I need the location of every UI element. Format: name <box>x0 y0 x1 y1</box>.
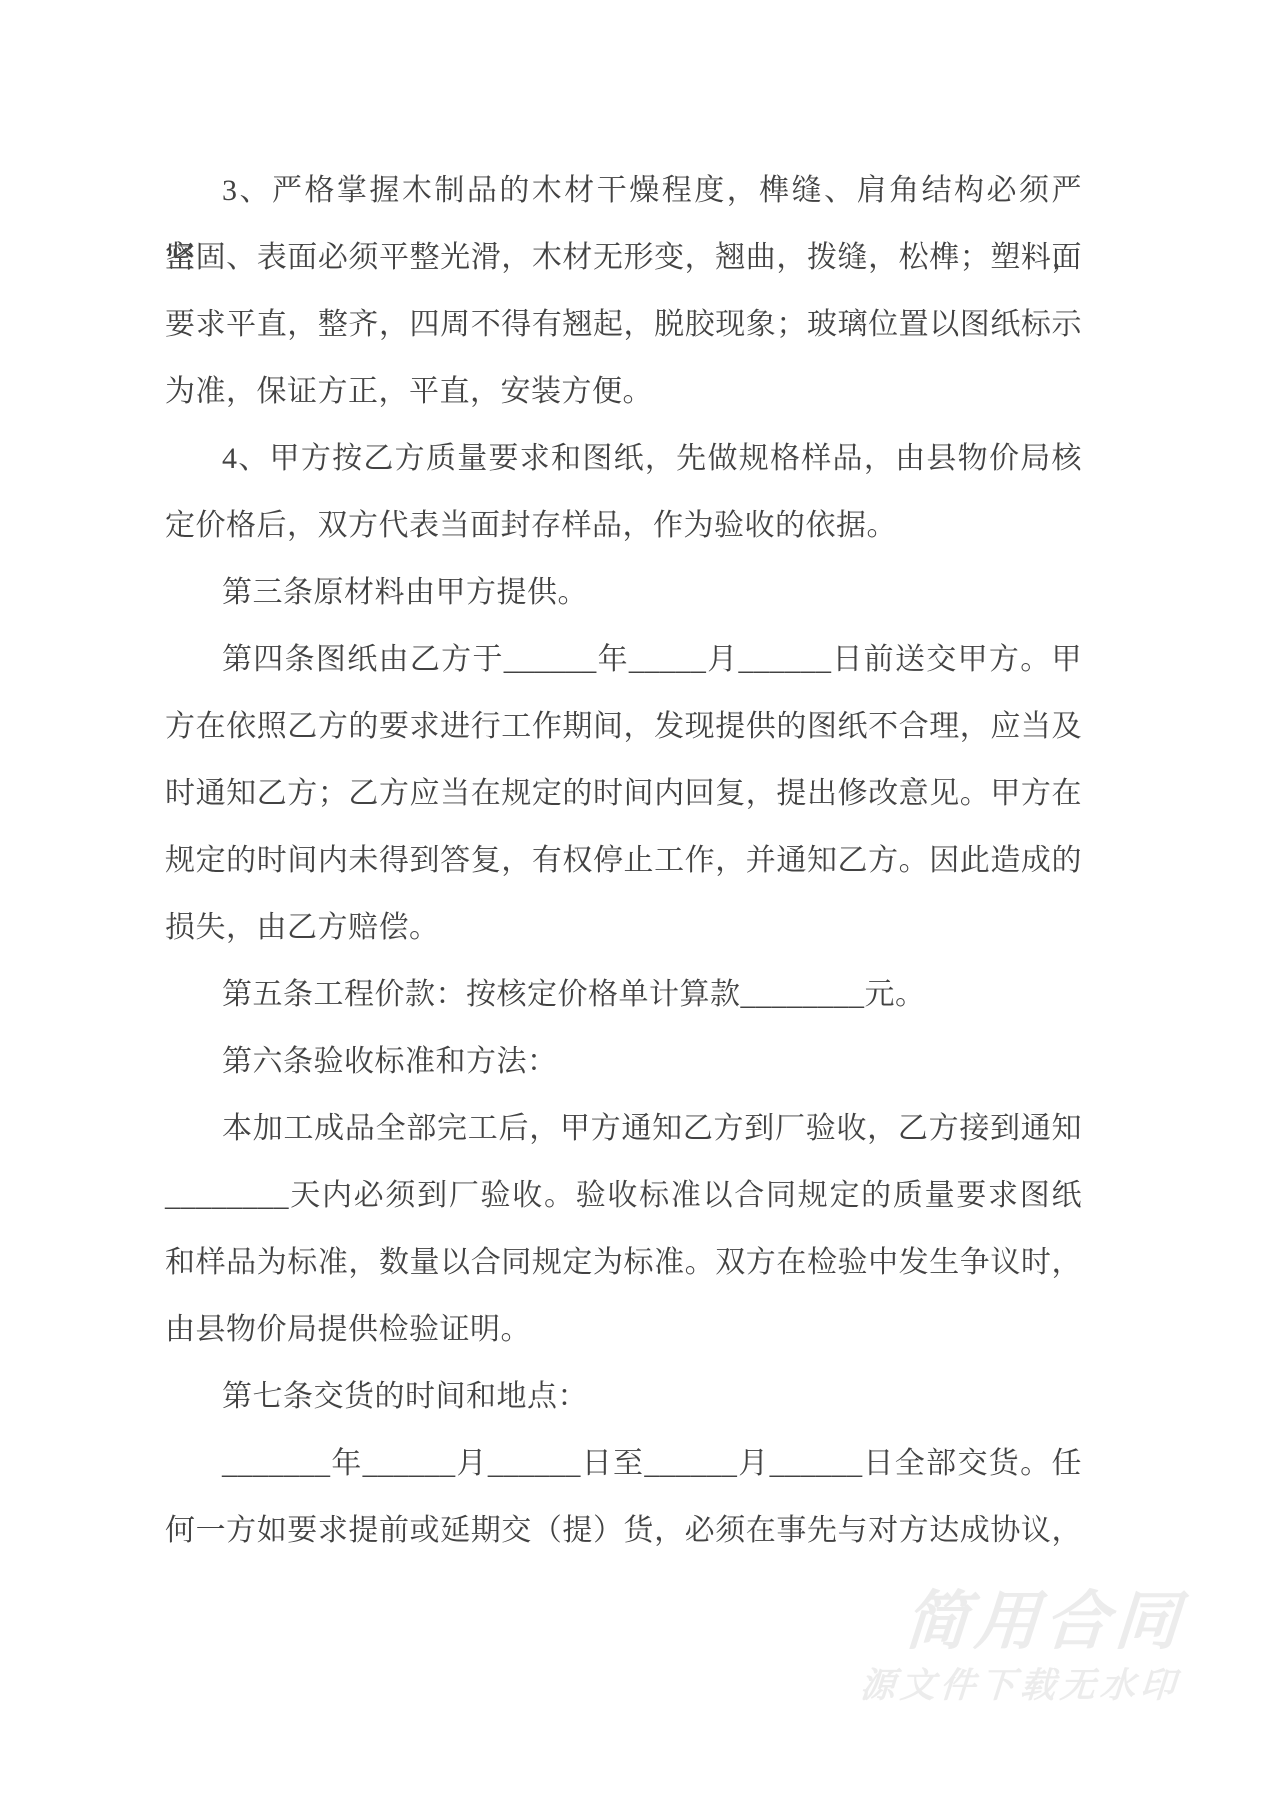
text-line: ________天内必须到厂验收。验收标准以合同规定的质量要求图纸 <box>165 1162 1082 1229</box>
watermark-title: 简用合同 <box>862 1586 1187 1656</box>
text-line: 第六条验收标准和方法： <box>165 1028 1082 1095</box>
text-line: _______年______月______日至______月______日全部交… <box>165 1430 1082 1497</box>
watermark-subtitle: 源文件下载无水印 <box>859 1666 1182 1706</box>
text-line: 方在依照乙方的要求进行工作期间，发现提供的图纸不合理，应当及 <box>165 693 1082 760</box>
text-line: 时通知乙方；乙方应当在规定的时间内回复，提出修改意见。甲方在 <box>165 760 1082 827</box>
document-body: 3、严格掌握木制品的木材干燥程度，榫缝、肩角结构必须严密，坚固、表面必须平整光滑… <box>165 157 1082 1564</box>
text-line: 定价格后，双方代表当面封存样品，作为验收的依据。 <box>165 492 1082 559</box>
text-line: 由县物价局提供检验证明。 <box>165 1296 1082 1363</box>
text-line: 要求平直，整齐，四周不得有翘起，脱胶现象；玻璃位置以图纸标示 <box>165 291 1082 358</box>
watermark: 简用合同 源文件下载无水印 <box>859 1586 1187 1706</box>
text-line: 第七条交货的时间和地点： <box>165 1363 1082 1430</box>
text-line: 损失，由乙方赔偿。 <box>165 894 1082 961</box>
text-line: 何一方如要求提前或延期交（提）货，必须在事先与对方达成协议， <box>165 1497 1082 1564</box>
text-line: 3、严格掌握木制品的木材干燥程度，榫缝、肩角结构必须严密， <box>165 157 1082 224</box>
text-line: 本加工成品全部完工后，甲方通知乙方到厂验收，乙方接到通知 <box>165 1095 1082 1162</box>
text-line: 坚固、表面必须平整光滑，木材无形变，翘曲，拨缝，松榫；塑料面 <box>165 224 1082 291</box>
contract-document-page: 3、严格掌握木制品的木材干燥程度，榫缝、肩角结构必须严密，坚固、表面必须平整光滑… <box>0 0 1280 1810</box>
text-line: 规定的时间内未得到答复，有权停止工作，并通知乙方。因此造成的 <box>165 827 1082 894</box>
text-line: 第四条图纸由乙方于______年_____月______日前送交甲方。甲 <box>165 626 1082 693</box>
text-line: 和样品为标准，数量以合同规定为标准。双方在检验中发生争议时， <box>165 1229 1082 1296</box>
text-line: 第五条工程价款：按核定价格单计算款________元。 <box>165 961 1082 1028</box>
text-line: 为准，保证方正，平直，安装方便。 <box>165 358 1082 425</box>
text-line: 第三条原材料由甲方提供。 <box>165 559 1082 626</box>
text-line: 4、甲方按乙方质量要求和图纸，先做规格样品，由县物价局核 <box>165 425 1082 492</box>
